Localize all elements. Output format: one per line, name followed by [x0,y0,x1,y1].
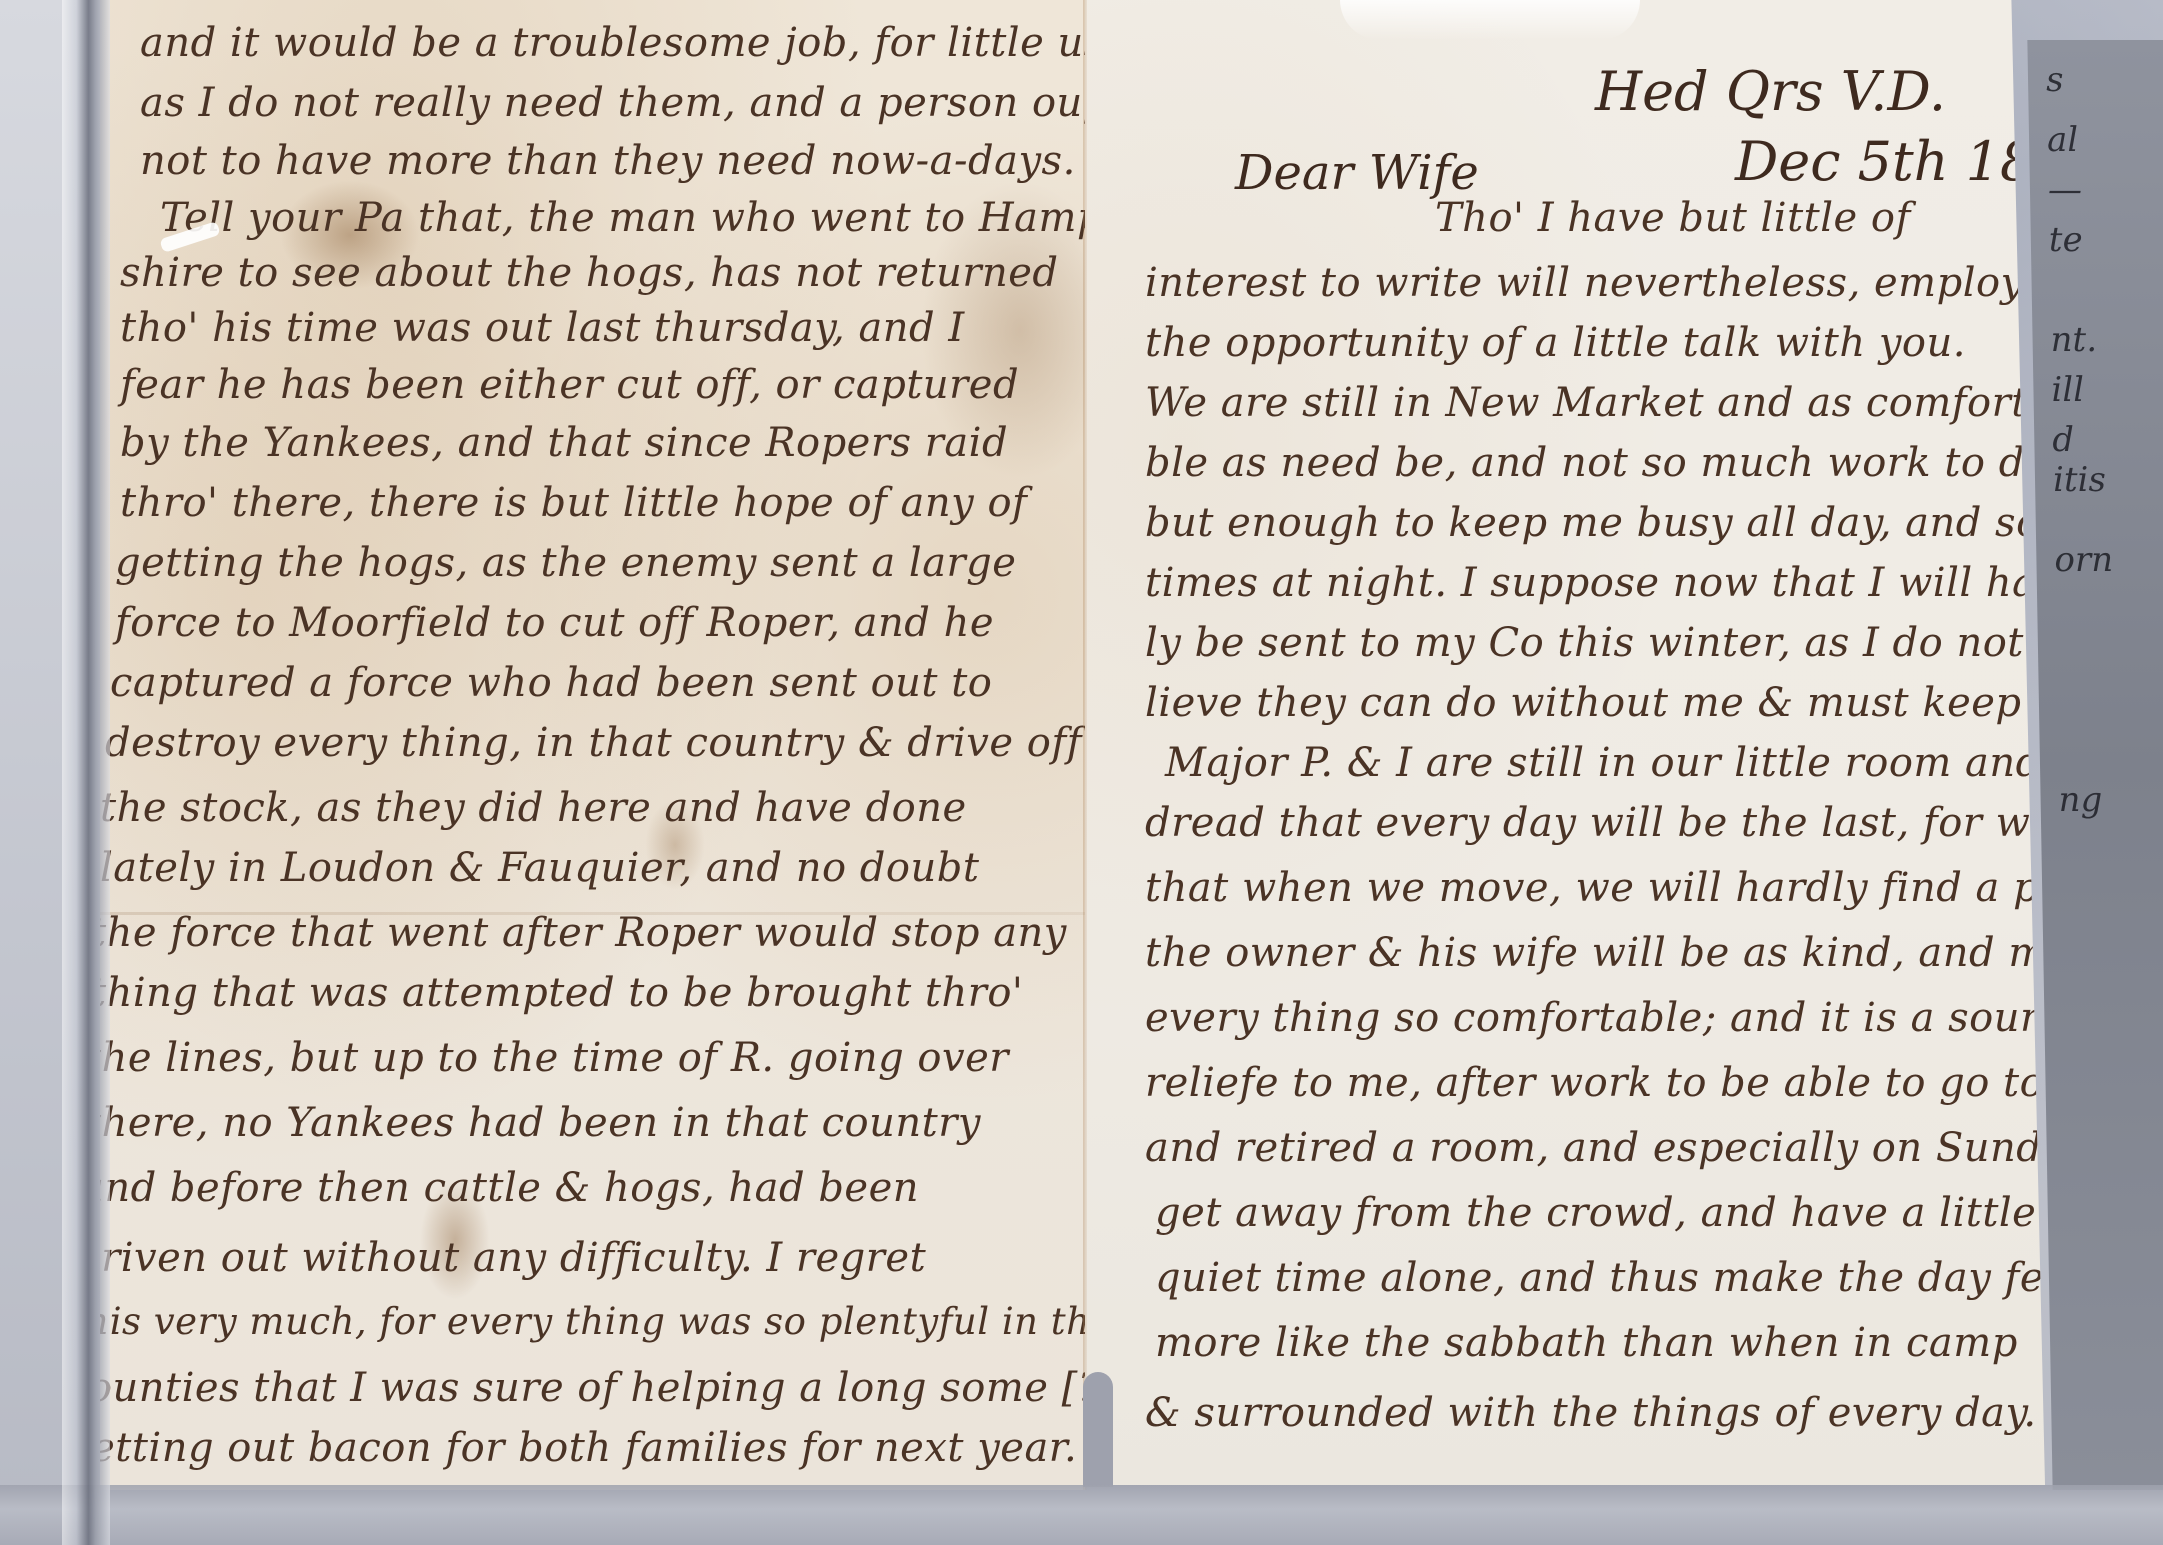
light-glare [1340,0,1640,40]
letter-line: Major P. & I are still in our little roo… [1165,740,2042,786]
letter-line: and before then cattle & hogs, had been [80,1165,919,1211]
letter-line: that when we move, we will hardly find a… [1145,865,2124,911]
letter-line: but enough to keep me busy all day, and … [1145,500,2117,546]
letter-line: there, no Yankees had been in that count… [85,1100,981,1146]
document-photo: s al — te nt. ill d itis orn ng and it w… [0,0,2163,1545]
letter-line: destroy every thing, in that country & d… [105,720,1082,766]
letter-page-right: Hed Qrs V.D. Dec 5th 1864 Dear Wife Tho'… [1085,0,2045,1485]
letter-line: thing that was attempted to be brought t… [90,970,1023,1016]
letter-line: and retired a room, and especially on Su… [1145,1125,2152,1171]
letter-heading-location: Hed Qrs V.D. [1595,60,1946,123]
letter-line: by the Yankees, and that since Ropers ra… [120,420,1008,466]
letter-line: and it would be a troublesome job, for l… [140,20,1129,66]
background-fragment: te [2048,220,2082,260]
letter-line: ly be sent to my Co this winter, as I do… [1145,620,2101,666]
letter-line: this very much, for every thing was so p… [70,1300,1155,1343]
letter-line: Tho' I have but little of [1435,195,1911,241]
letter-line: lieve they can do without me & must keep… [1145,680,2111,726]
letter-line: force to Moorfield to cut off Roper, and… [115,600,994,646]
background-fragment: d [2052,420,2074,460]
letter-line: driven out without any difficulty. I reg… [75,1235,926,1281]
letter-line: the lines, but up to the time of R. goin… [85,1035,1009,1081]
letter-line: & surrounded with the things of every da… [1145,1390,2037,1436]
background-fragment: ng [2058,780,2102,820]
background-fragment: itis [2053,460,2107,500]
letter-line: ble as need be, and not so much work to … [1145,440,2063,486]
letter-line: not to have more than they need now-a-da… [140,138,1076,184]
background-fragment: al [2047,120,2079,160]
letter-salutation: Dear Wife [1235,145,1479,201]
letter-line: lately in Loudon & Fauquier, and no doub… [100,845,979,891]
archival-sleeve-edge [62,0,110,1545]
letter-line: reliefe to me, after work to be able to … [1145,1060,2163,1106]
background-fragment: orn [2054,540,2113,580]
letter-line: getting out bacon for both families for … [65,1425,1077,1471]
letter-line: the stock, as they did here and have don… [100,785,967,831]
letter-line: Tell your Pa that, the man who went to H… [160,195,1117,241]
letter-line: thro' there, there is but little hope of… [120,480,1027,526]
letter-line: captured a force who had been sent out t… [110,660,992,706]
background-page: s al — te nt. ill d itis orn ng [2027,40,2163,1490]
letter-line: the owner & his wife will be as kind, an… [1145,930,2120,976]
letter-page-left: and it would be a troublesome job, for l… [100,0,1085,1490]
background-fragment: — [2048,170,2083,210]
background-fragment: ill [2051,370,2084,410]
page-fold-vertical [1083,0,1087,1490]
letter-line: counties that I was sure of helping a lo… [65,1365,1178,1411]
letter-line: the opportunity of a little talk with yo… [1145,320,1966,366]
letter-line: times at night. I suppose now that I wil… [1145,560,2096,606]
letter-line: more like the sabbath than when in camp [1155,1320,2018,1366]
letter-line: the force that went after Roper would st… [90,910,1067,956]
letter-line: get away from the crowd, and have a litt… [1155,1190,2036,1236]
page-fold-horizontal [100,912,1085,915]
letter-line: interest to write will nevertheless, emp… [1145,260,2024,306]
fold-tear-notch [1083,1372,1113,1487]
letter-line: tho' his time was out last thursday, and… [120,305,965,351]
background-fragment: s [2046,60,2064,100]
letter-line: fear he has been either cut off, or capt… [120,362,1019,408]
letter-line: every thing so comfortable; and it is a … [1145,995,2140,1041]
letter-line: quiet time alone, and thus make the day … [1155,1255,2082,1301]
letter-line: as I do not really need them, and a pers… [140,80,1152,126]
archival-sleeve-bottom [0,1485,2163,1545]
letter-line: dread that every day will be the last, f… [1145,800,2163,846]
background-fragment: nt. [2050,320,2097,360]
letter-line: shire to see about the hogs, has not ret… [120,250,1059,296]
letter-line: We are still in New Market and as comfor… [1145,380,2066,426]
letter-line: getting the hogs, as the enemy sent a la… [115,540,1016,586]
